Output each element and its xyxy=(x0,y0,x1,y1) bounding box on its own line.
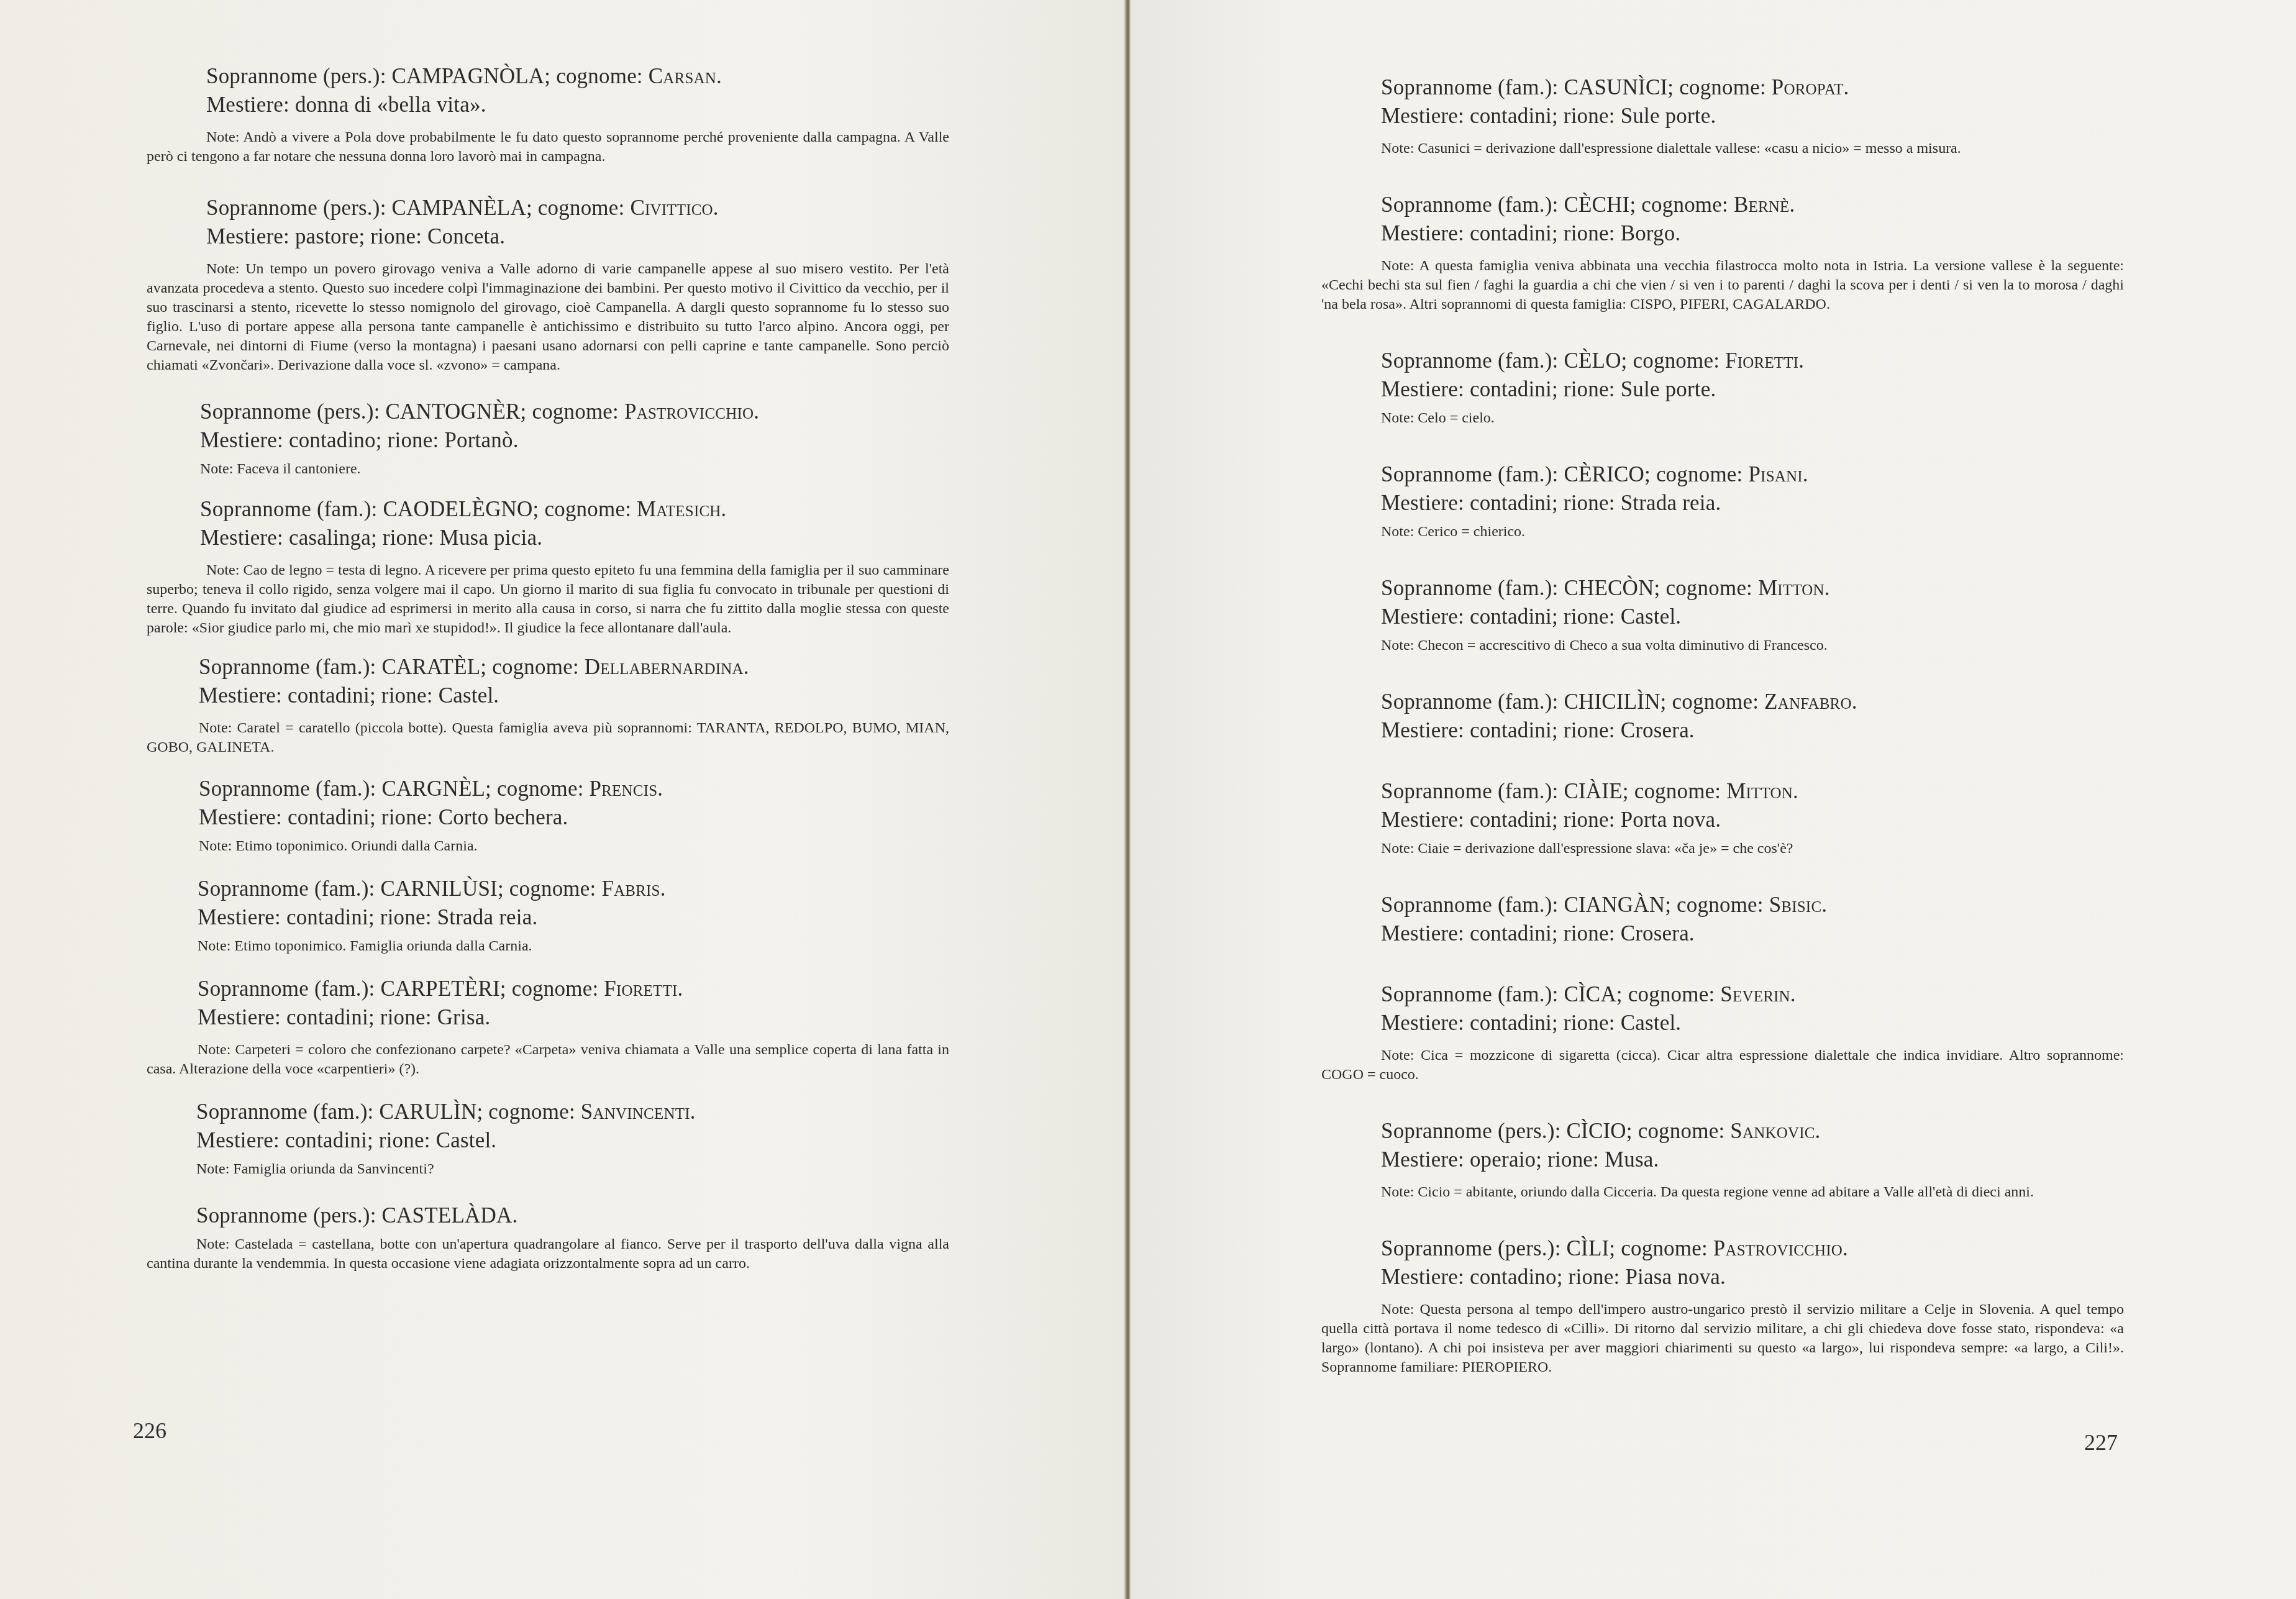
nickname: CAMPAGNÒLA; xyxy=(392,64,551,88)
label-text: (pers.): xyxy=(323,64,386,88)
entry-cerico: Soprannome (fam.): CÈRICO; cognome: Pisa… xyxy=(1321,460,2124,542)
occupation-line: Mestiere: donna di «bella vita». xyxy=(147,91,949,119)
occupation-line: Mestiere: contadini; rione: Strada reia. xyxy=(1321,489,2124,517)
entry-note: Note: Carpeteri = coloro che confezionan… xyxy=(147,1041,949,1079)
entry-heading: Soprannome (fam.): CHECÒN; cognome: Mitt… xyxy=(1321,574,2124,603)
label-text: Soprannome xyxy=(1381,348,1492,373)
entry-heading: Soprannome (fam.): CARULÌN; cognome: San… xyxy=(147,1098,949,1126)
label-text: (pers.): xyxy=(317,399,380,424)
nickname: CHICILÌN; xyxy=(1564,690,1666,714)
entry-carulin: Soprannome (fam.): CARULÌN; cognome: San… xyxy=(147,1098,949,1179)
nickname: CÌLI; xyxy=(1567,1236,1616,1260)
label-text: cognome: xyxy=(538,196,625,220)
nickname: CAODELÈGNO; xyxy=(383,497,539,521)
nickname: CIANGÀN; xyxy=(1564,893,1671,917)
label-text: (fam.): xyxy=(1498,779,1559,803)
occupation-line: Mestiere: contadino; rione: Piasa nova. xyxy=(1321,1263,2124,1291)
label-text: Soprannome xyxy=(1381,779,1492,803)
label-text: cognome: xyxy=(1638,1119,1725,1143)
entry-note: Note: Un tempo un povero girovago veniva… xyxy=(147,260,949,375)
entry-note: Note: Cao de legno = testa di legno. A r… xyxy=(147,561,949,638)
label-text: Soprannome xyxy=(1381,982,1492,1006)
nickname: CASUNÌCI; xyxy=(1564,75,1674,99)
entry-heading: Soprannome (fam.): CÈLO; cognome: Fioret… xyxy=(1321,347,2124,375)
entry-heading: Soprannome (fam.): CASUNÌCI; cognome: Po… xyxy=(1321,73,2124,102)
occupation-line: Mestiere: contadini; rione: Crosera. xyxy=(1321,716,2124,745)
label-text: cognome: xyxy=(492,655,579,679)
entry-cantogner: Soprannome (pers.): CANTOGNÈR; cognome: … xyxy=(147,398,949,479)
label-text: Soprannome xyxy=(198,977,309,1001)
entry-celo: Soprannome (fam.): CÈLO; cognome: Fioret… xyxy=(1321,347,2124,428)
label-text: Soprannome xyxy=(1381,576,1492,600)
entry-heading: Soprannome (fam.): CARNILÙSI; cognome: F… xyxy=(147,875,949,903)
entry-campanela: Soprannome (pers.): CAMPANÈLA; cognome: … xyxy=(147,194,949,375)
entry-note: Note: Checon = accrescitivo di Checo a s… xyxy=(1321,636,2124,655)
label-text: (fam.): xyxy=(1498,348,1559,373)
entry-note: Note: Andò a vivere a Pola dove probabil… xyxy=(147,128,949,166)
entry-note: Note: Questa persona al tempo dell'imper… xyxy=(1321,1300,2124,1377)
surname: Pastrovicchio. xyxy=(1713,1236,1848,1260)
entry-castelada: Soprannome (pers.): CASTELÀDA. Note: Cas… xyxy=(147,1201,949,1273)
occupation-line: Mestiere: contadini; rione: Castel. xyxy=(147,681,949,710)
book-spread: Soprannome (pers.): CAMPAGNÒLA; cognome:… xyxy=(0,0,2296,1599)
label-text: cognome: xyxy=(1677,893,1764,917)
occupation-line: Mestiere: contadini; rione: Borgo. xyxy=(1321,219,2124,248)
entry-note: Note: Celo = cielo. xyxy=(1321,409,2124,428)
label-text: cognome: xyxy=(488,1100,575,1124)
nickname: CÌCIO; xyxy=(1567,1119,1633,1143)
entry-checon: Soprannome (fam.): CHECÒN; cognome: Mitt… xyxy=(1321,574,2124,655)
entry-note: Note: Etimo toponimico. Oriundi dalla Ca… xyxy=(147,837,949,856)
label-text: cognome: xyxy=(1634,779,1721,803)
entry-heading: Soprannome (pers.): CAMPANÈLA; cognome: … xyxy=(147,194,949,222)
occupation-line: Mestiere: contadini; rione: Crosera. xyxy=(1321,919,2124,948)
label-text: Soprannome xyxy=(206,196,317,220)
label-text: cognome: xyxy=(1656,462,1743,486)
occupation-line: Mestiere: pastore; rione: Conceta. xyxy=(147,222,949,251)
label-text: Soprannome xyxy=(1381,1119,1492,1143)
entry-cili: Soprannome (pers.): CÌLI; cognome: Pastr… xyxy=(1321,1234,2124,1377)
label-text: (fam.): xyxy=(316,655,376,679)
entry-heading: Soprannome (fam.): CARATÈL; cognome: Del… xyxy=(147,653,949,681)
label-text: Soprannome xyxy=(1381,893,1492,917)
entry-caratel: Soprannome (fam.): CARATÈL; cognome: Del… xyxy=(147,653,949,757)
label-text: Soprannome xyxy=(1381,690,1492,714)
label-text: Soprannome xyxy=(200,497,311,521)
label-text: Soprannome xyxy=(1381,193,1492,217)
entry-cica: Soprannome (fam.): CÌCA; cognome: Severi… xyxy=(1321,980,2124,1085)
surname: Mitton. xyxy=(1726,779,1798,803)
label-text: cognome: xyxy=(1633,348,1720,373)
nickname: CÈRICO; xyxy=(1564,462,1650,486)
label-text: (fam.): xyxy=(1498,75,1559,99)
entry-note: Note: Casunici = derivazione dall'espres… xyxy=(1321,139,2124,158)
surname: Carsan. xyxy=(649,64,722,88)
entry-note: Note: Etimo toponimico. Famiglia oriunda… xyxy=(147,937,949,956)
surname: Severin. xyxy=(1720,982,1795,1006)
label-text: cognome: xyxy=(556,64,643,88)
entry-heading: Soprannome (pers.): CANTOGNÈR; cognome: … xyxy=(147,398,949,426)
entry-heading: Soprannome (pers.): CÌCIO; cognome: Sank… xyxy=(1321,1117,2124,1146)
nickname: CÈCHI; xyxy=(1564,193,1636,217)
left-page-text: Soprannome (pers.): CAMPAGNÒLA; cognome:… xyxy=(147,62,949,1273)
nickname: CIÀIE; xyxy=(1564,779,1628,803)
nickname: CHECÒN; xyxy=(1564,576,1660,600)
surname: Fabris. xyxy=(601,877,665,901)
entry-cicio: Soprannome (pers.): CÌCIO; cognome: Sank… xyxy=(1321,1117,2124,1202)
entry-heading: Soprannome (fam.): CIANGÀN; cognome: Sbi… xyxy=(1321,891,2124,919)
label-text: cognome: xyxy=(544,497,631,521)
right-page-text: Soprannome (fam.): CASUNÌCI; cognome: Po… xyxy=(1321,73,2124,1377)
occupation-line: Mestiere: contadini; rione: Castel. xyxy=(1321,603,2124,631)
entry-heading: Soprannome (pers.): CÌLI; cognome: Pastr… xyxy=(1321,1234,2124,1263)
entry-heading: Soprannome (fam.): CIÀIE; cognome: Mitto… xyxy=(1321,777,2124,806)
occupation-line: Mestiere: contadini; rione: Sule porte. xyxy=(1321,375,2124,404)
entry-note: Note: Castelada = castellana, botte con … xyxy=(147,1235,949,1273)
page-number: 227 xyxy=(2084,1430,2118,1455)
nickname: CASTELÀDA. xyxy=(382,1203,518,1228)
label-text: cognome: xyxy=(1641,193,1728,217)
surname: Civittico. xyxy=(630,196,718,220)
nickname: CARGNÈL; xyxy=(381,777,491,801)
entry-note: Note: Famiglia oriunda da Sanvincenti? xyxy=(147,1160,949,1179)
entry-heading: Soprannome (fam.): CÈRICO; cognome: Pisa… xyxy=(1321,460,2124,489)
label-text: (fam.): xyxy=(314,877,375,901)
entry-caodelegno: Soprannome (fam.): CAODELÈGNO; cognome: … xyxy=(147,495,949,638)
entry-carpeteri: Soprannome (fam.): CARPETÈRI; cognome: F… xyxy=(147,975,949,1079)
nickname: CÈLO; xyxy=(1564,348,1627,373)
surname: Sbisic. xyxy=(1769,893,1828,917)
surname: Zanfabro. xyxy=(1764,690,1857,714)
entry-ciangan: Soprannome (fam.): CIANGÀN; cognome: Sbi… xyxy=(1321,891,2124,948)
label-text: (fam.): xyxy=(316,777,376,801)
entry-note: Note: Cicio = abitante, oriundo dalla Ci… xyxy=(1321,1183,2124,1202)
right-page: Soprannome (fam.): CASUNÌCI; cognome: Po… xyxy=(1131,0,2296,1599)
nickname: CAMPANÈLA; xyxy=(392,196,532,220)
surname: Fioretti. xyxy=(604,977,683,1001)
occupation-line: Mestiere: contadini; rione: Castel. xyxy=(147,1126,949,1155)
surname: Prencis. xyxy=(590,777,663,801)
surname: Fioretti. xyxy=(1725,348,1804,373)
occupation-line: Mestiere: contadini; rione: Castel. xyxy=(1321,1009,2124,1037)
nickname: CARPETÈRI; xyxy=(380,977,506,1001)
occupation-line: Mestiere: contadino; rione: Portanò. xyxy=(147,426,949,455)
entry-heading: Soprannome (fam.): CAODELÈGNO; cognome: … xyxy=(147,495,949,524)
surname: Pisani. xyxy=(1748,462,1808,486)
nickname: CÌCA; xyxy=(1564,982,1622,1006)
label-text: Soprannome xyxy=(199,777,310,801)
occupation-line: Mestiere: casalinga; rione: Musa picia. xyxy=(147,524,949,552)
label-text: (fam.): xyxy=(1498,193,1559,217)
entry-campagnola: Soprannome (pers.): CAMPAGNÒLA; cognome:… xyxy=(147,62,949,166)
label-text: (fam.): xyxy=(1498,893,1559,917)
occupation-line: Mestiere: contadini; rione: Strada reia. xyxy=(147,903,949,932)
surname: Poropat. xyxy=(1772,75,1849,99)
surname: Bernè. xyxy=(1734,193,1795,217)
surname: Matesich. xyxy=(637,497,726,521)
occupation-line: Mestiere: contadini; rione: Corto becher… xyxy=(147,803,949,832)
entry-note: Note: Cica = mozzicone di sigaretta (cic… xyxy=(1321,1046,2124,1085)
nickname: CARULÌN; xyxy=(379,1100,483,1124)
entry-note: Note: Caratel = caratello (piccola botte… xyxy=(147,719,949,757)
surname: Sankovic. xyxy=(1730,1119,1820,1143)
label-text: cognome: xyxy=(532,399,619,424)
label-text: Soprannome xyxy=(206,64,317,88)
occupation-line: Mestiere: contadini; rione: Grisa. xyxy=(147,1003,949,1032)
entry-heading: Soprannome (fam.): CARPETÈRI; cognome: F… xyxy=(147,975,949,1003)
entry-heading: Soprannome (fam.): CÈCHI; cognome: Bernè… xyxy=(1321,191,2124,219)
entry-casunici: Soprannome (fam.): CASUNÌCI; cognome: Po… xyxy=(1321,73,2124,158)
label-text: (fam.): xyxy=(1498,982,1559,1006)
label-text: Soprannome xyxy=(1381,462,1492,486)
nickname: CANTOGNÈR; xyxy=(386,399,527,424)
label-text: cognome: xyxy=(1628,982,1715,1006)
book-gutter xyxy=(1124,0,1131,1599)
label-text: (pers.): xyxy=(1498,1119,1561,1143)
label-text: (fam.): xyxy=(314,977,375,1001)
entry-heading: Soprannome (fam.): CARGNÈL; cognome: Pre… xyxy=(147,775,949,803)
label-text: Soprannome xyxy=(196,1203,307,1228)
nickname: CARATÈL; xyxy=(381,655,486,679)
label-text: Soprannome xyxy=(198,877,309,901)
entry-cargnel: Soprannome (fam.): CARGNÈL; cognome: Pre… xyxy=(147,775,949,856)
nickname: CARNILÙSI; xyxy=(380,877,503,901)
entry-heading: Soprannome (pers.): CAMPAGNÒLA; cognome:… xyxy=(147,62,949,91)
label-text: (fam.): xyxy=(1498,462,1559,486)
label-text: Soprannome xyxy=(200,399,311,424)
occupation-line: Mestiere: operaio; rione: Musa. xyxy=(1321,1146,2124,1174)
label-text: (fam.): xyxy=(313,1100,374,1124)
surname: Mitton. xyxy=(1758,576,1830,600)
label-text: cognome: xyxy=(1621,1236,1708,1260)
label-text: (pers.): xyxy=(323,196,386,220)
surname: Dellabernardina. xyxy=(585,655,749,679)
label-text: cognome: xyxy=(1665,576,1752,600)
entry-cechi: Soprannome (fam.): CÈCHI; cognome: Bernè… xyxy=(1321,191,2124,314)
entry-note: Note: Ciaie = derivazione dall'espressio… xyxy=(1321,839,2124,859)
label-text: cognome: xyxy=(1679,75,1766,99)
entry-carnilusi: Soprannome (fam.): CARNILÙSI; cognome: F… xyxy=(147,875,949,956)
label-text: (fam.): xyxy=(1498,690,1559,714)
entry-note: Note: Cerico = chierico. xyxy=(1321,522,2124,542)
label-text: Soprannome xyxy=(196,1100,307,1124)
occupation-line: Mestiere: contadini; rione: Sule porte. xyxy=(1321,102,2124,130)
entry-chicilin: Soprannome (fam.): CHICILÌN; cognome: Za… xyxy=(1321,688,2124,745)
label-text: (pers.): xyxy=(313,1203,376,1228)
label-text: cognome: xyxy=(497,777,584,801)
label-text: (fam.): xyxy=(317,497,378,521)
surname: Sanvincenti. xyxy=(581,1100,696,1124)
label-text: cognome: xyxy=(1672,690,1759,714)
left-page: Soprannome (pers.): CAMPAGNÒLA; cognome:… xyxy=(0,0,1126,1599)
entry-note: Note: Faceva il cantoniere. xyxy=(147,460,949,479)
label-text: (pers.): xyxy=(1498,1236,1561,1260)
surname: Pastrovicchio. xyxy=(624,399,759,424)
label-text: cognome: xyxy=(512,977,599,1001)
entry-ciaie: Soprannome (fam.): CIÀIE; cognome: Mitto… xyxy=(1321,777,2124,859)
occupation-line: Mestiere: contadini; rione: Porta nova. xyxy=(1321,806,2124,834)
label-text: Soprannome xyxy=(1381,75,1492,99)
label-text: Soprannome xyxy=(1381,1236,1492,1260)
entry-note: Note: A questa famiglia veniva abbinata … xyxy=(1321,257,2124,314)
label-text: (fam.): xyxy=(1498,576,1559,600)
entry-heading: Soprannome (fam.): CHICILÌN; cognome: Za… xyxy=(1321,688,2124,716)
entry-heading: Soprannome (fam.): CÌCA; cognome: Severi… xyxy=(1321,980,2124,1009)
page-number: 226 xyxy=(133,1418,166,1443)
label-text: Soprannome xyxy=(199,655,310,679)
entry-heading: Soprannome (pers.): CASTELÀDA. xyxy=(147,1201,949,1230)
label-text: cognome: xyxy=(509,877,596,901)
